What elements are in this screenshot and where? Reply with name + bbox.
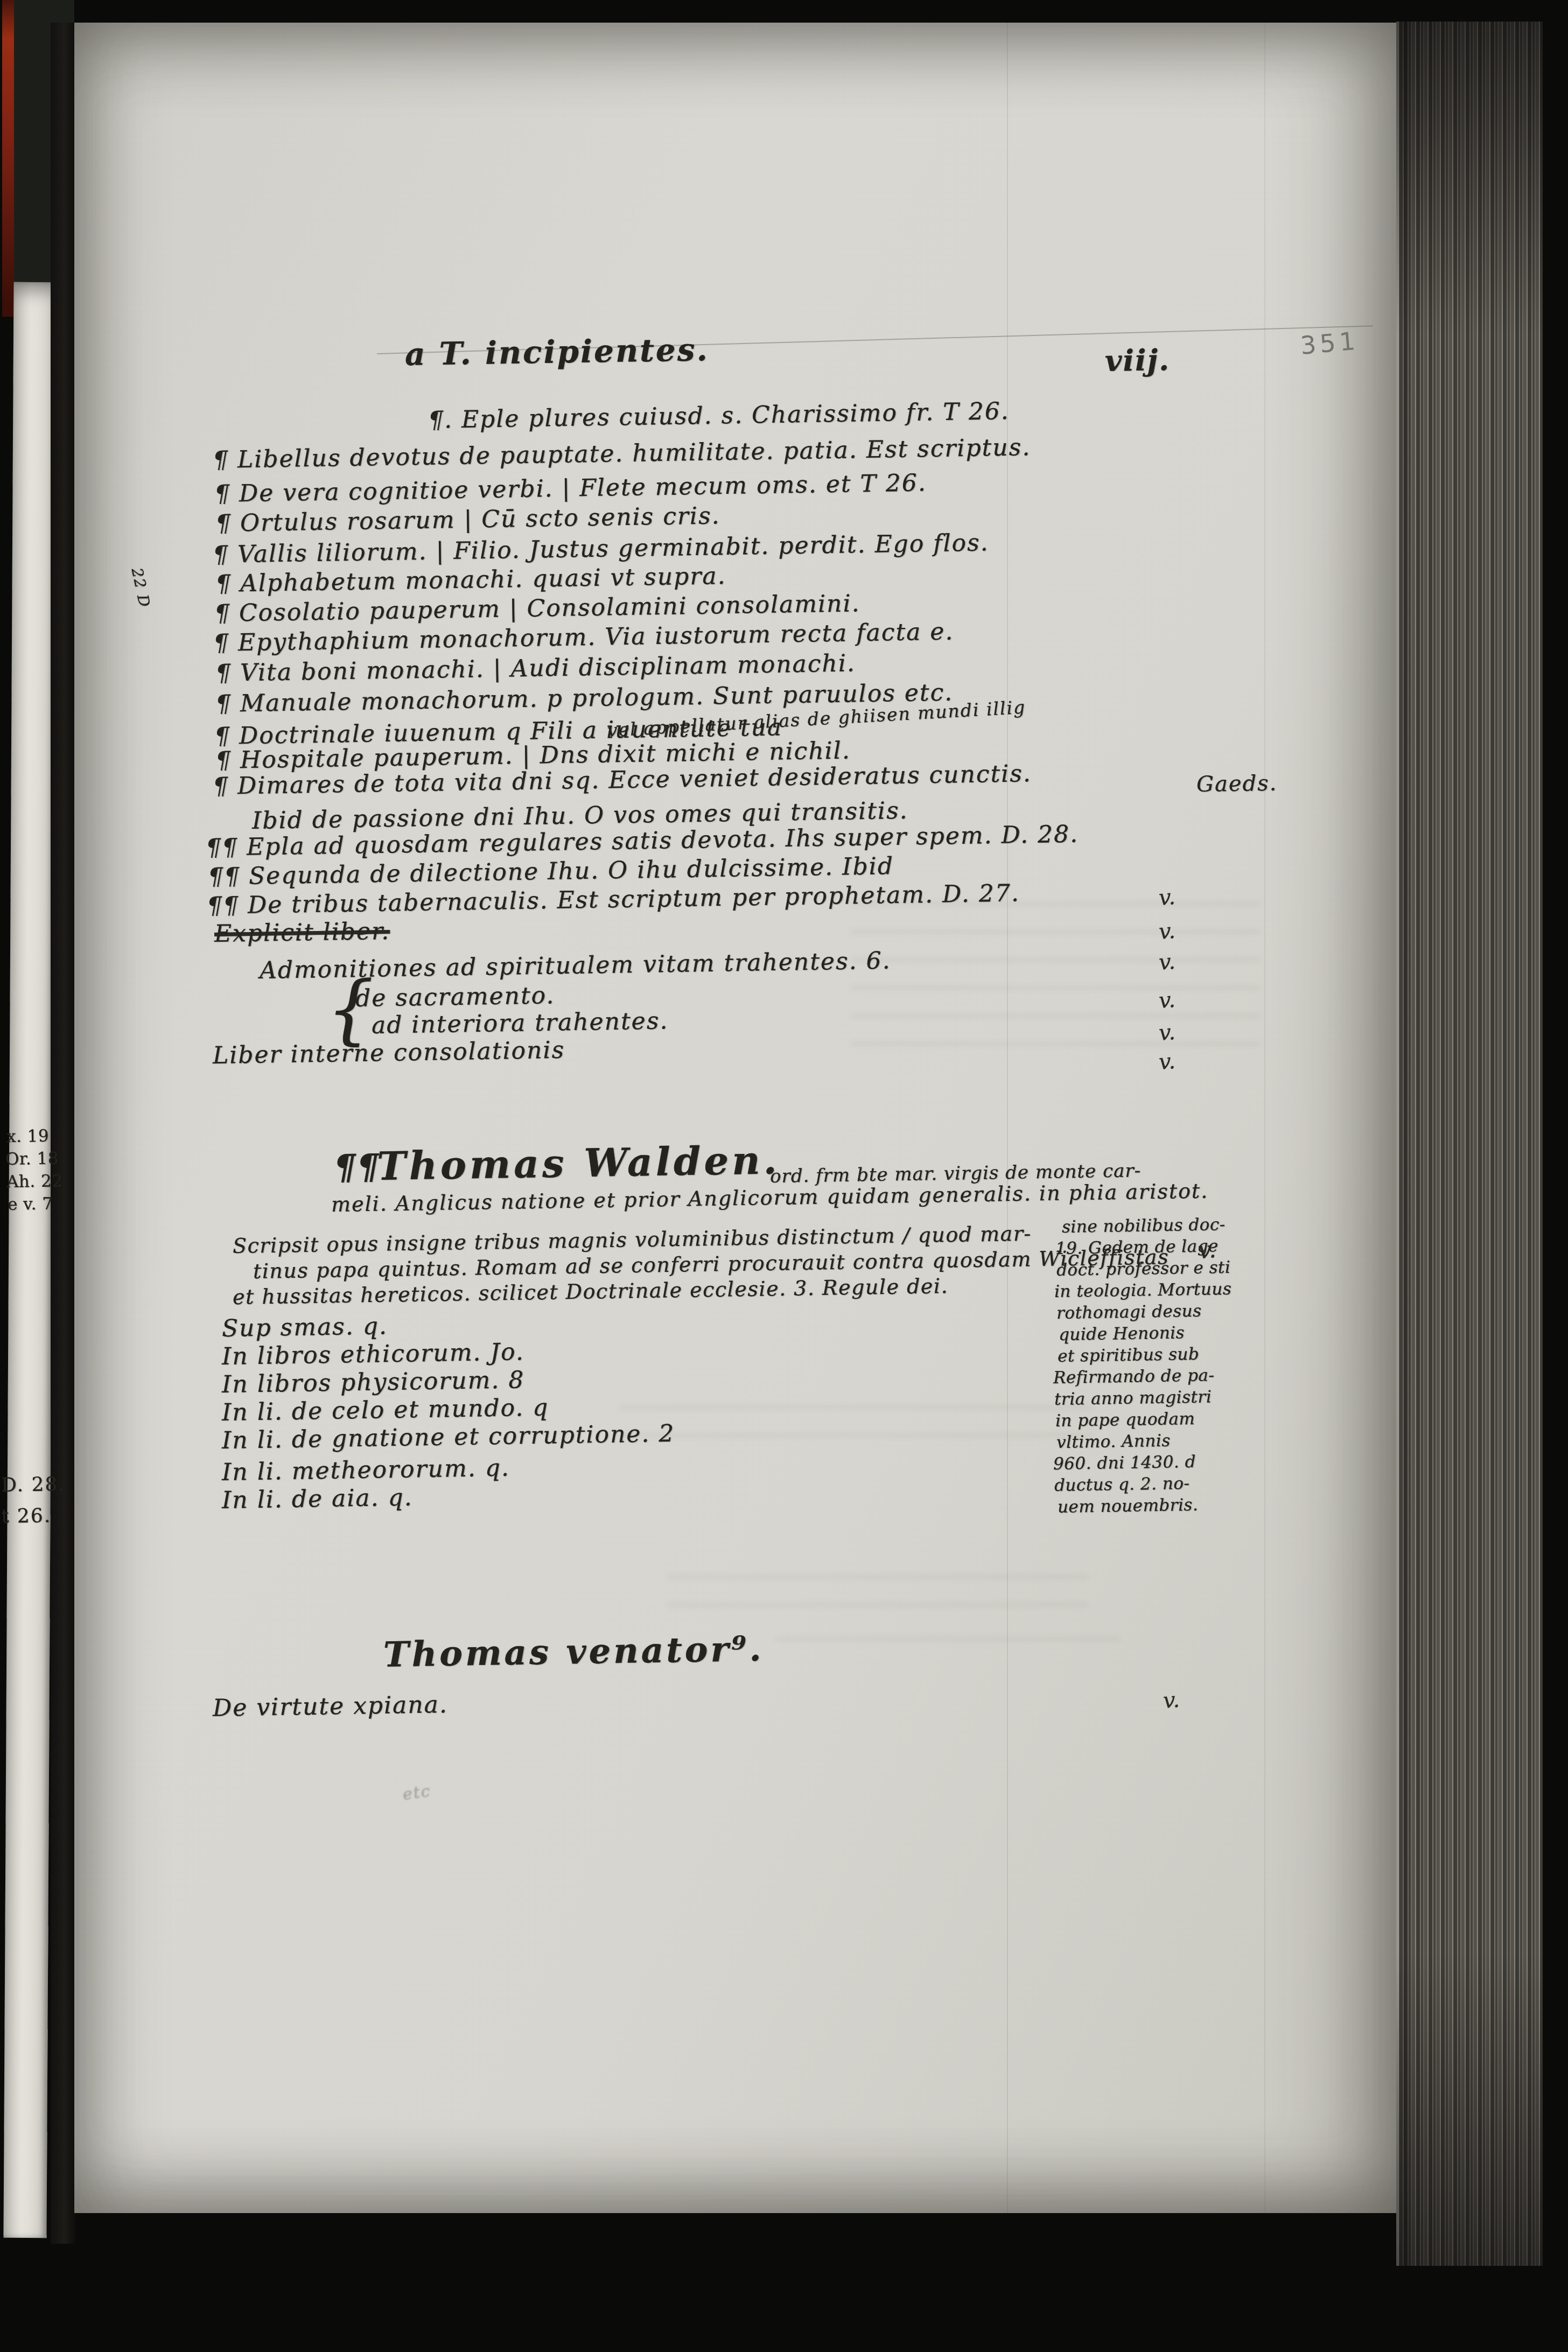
facing-page-edge	[3, 282, 57, 2238]
gutter-shadow	[51, 23, 75, 2244]
margin-note-line: et spiritibus sub	[1058, 1346, 1200, 1366]
availability-mark: v.	[1158, 951, 1176, 974]
margin-note-line: 960. dni 1430. d	[1053, 1453, 1196, 1473]
bleed-through-ghost	[775, 1637, 1120, 1664]
catalog-entry-struck: Explicit liber.	[214, 919, 390, 947]
availability-mark: v.	[1158, 920, 1176, 943]
margin-annotation: Gaeds.	[1196, 772, 1278, 796]
section-pilcrows: ¶¶	[333, 1149, 380, 1186]
manuscript-page	[74, 23, 1396, 2213]
margin-note-line: rothomagi desus	[1056, 1303, 1202, 1322]
margin-note-line: in pape quodam	[1055, 1410, 1195, 1430]
edge-shelfmark: Ah. 22	[6, 1172, 63, 1191]
margin-note-line: ductus q. 2. no-	[1054, 1475, 1190, 1494]
fold-line	[1007, 23, 1008, 2213]
manuscript-photo: a T. incipientes. viij. 351 ¶. Eple plur…	[0, 0, 1568, 2352]
bleed-through-ghost	[668, 1575, 1088, 1613]
walden-work: In li. metheororum. q.	[222, 1456, 510, 1486]
walden-work: In li. de aia. q.	[222, 1485, 413, 1513]
edge-shelfmark: t 26.	[1, 1506, 52, 1527]
availability-mark: v.	[1158, 1021, 1176, 1044]
edge-shelfmark: e v. 7	[8, 1195, 53, 1214]
edge-shelfmark: Or. 18	[5, 1150, 59, 1168]
catalog-entry: ad interiora trahentes.	[372, 1009, 669, 1038]
catalog-entry: Liber interne consolationis	[213, 1038, 565, 1068]
catalog-entry: De virtute xpiana.	[213, 1692, 449, 1721]
margin-note-line: sine nobilibus doc-	[1062, 1216, 1226, 1236]
catalog-entry: de sacramento.	[355, 983, 555, 1011]
quire-mark: viij.	[1105, 345, 1171, 376]
margin-note-line: quide Henonis	[1059, 1324, 1185, 1343]
bleed-through-ghost	[619, 1405, 1093, 1443]
margin-note-line: vltimo. Annis	[1056, 1432, 1171, 1452]
margin-note-line: in teologia. Mortuus	[1054, 1280, 1232, 1301]
fore-edge-pages	[1396, 22, 1543, 2266]
faint-smudge-mark: etc	[402, 1783, 432, 1804]
availability-mark: v.	[1158, 886, 1176, 909]
walden-work: In libros ethicorum. Jo.	[222, 1340, 524, 1369]
availability-mark: v.	[1163, 1689, 1180, 1712]
author-heading-walden: Thomas Walden.	[376, 1139, 780, 1186]
availability-mark: v.	[1158, 989, 1176, 1012]
availability-mark: v.	[1158, 1051, 1176, 1073]
walden-work: In libros physicorum. 8	[222, 1368, 525, 1397]
edge-shelfmark: x. 19	[6, 1128, 50, 1146]
folio-number: 351	[1299, 328, 1360, 359]
margin-note-line: tria anno magistri	[1054, 1388, 1212, 1408]
bleed-through-ghost	[851, 902, 1260, 1063]
margin-note-line: Refirmando de pa-	[1053, 1367, 1215, 1387]
edge-shelfmark: D. 28.	[1, 1474, 66, 1496]
fold-line	[1264, 23, 1265, 2213]
author-heading-venator: Thomas venator⁹.	[383, 1631, 764, 1673]
walden-work: In li. de celo et mundo. q	[222, 1395, 549, 1425]
margin-note-line: uem nouembris.	[1058, 1496, 1199, 1516]
walden-work: Sup smas. q.	[222, 1314, 388, 1341]
page-header-title: a T. incipientes.	[405, 333, 709, 371]
